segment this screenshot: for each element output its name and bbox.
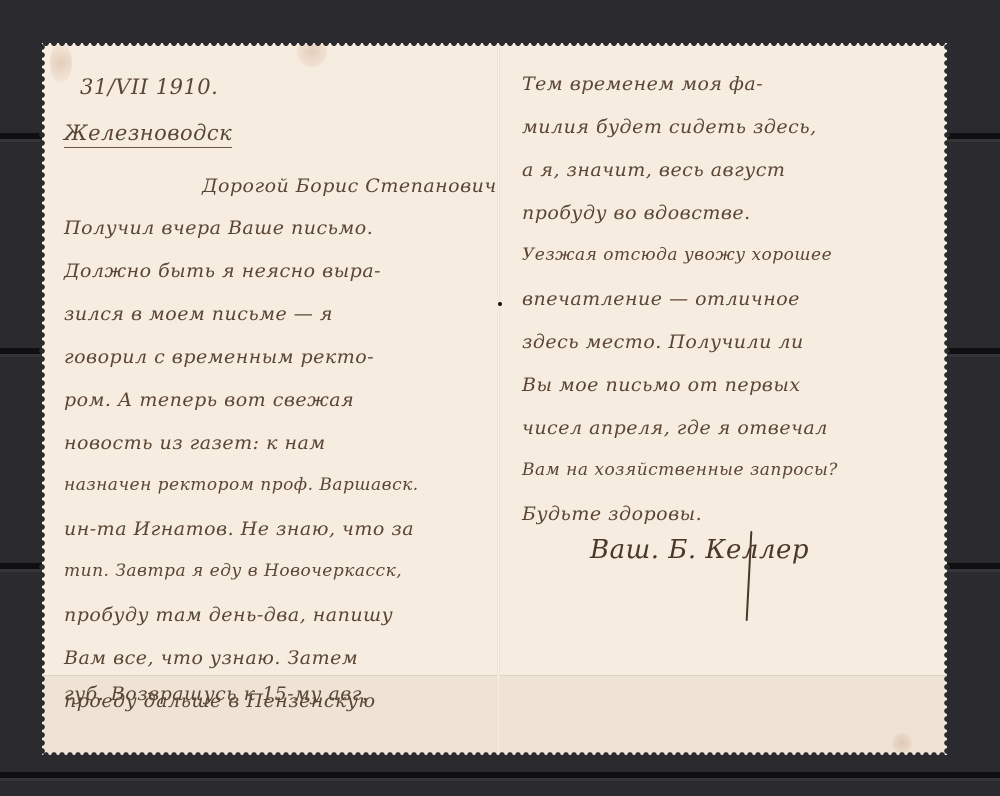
letter-line: пробуду там день-два, напишу xyxy=(64,604,393,626)
letter-line: чисел апреля, где я отвечал xyxy=(522,417,828,439)
letter-line: зился в моем письме — я xyxy=(64,303,333,325)
letter-line: ин-та Игнатов. Не знаю, что за xyxy=(64,518,414,540)
perforation-right xyxy=(944,43,950,755)
perforation-top xyxy=(42,40,947,46)
letter-line: Тем временем моя фа- xyxy=(522,73,763,95)
letter-line: здесь место. Получили ли xyxy=(522,331,804,353)
letter-date: 31/VII 1910. xyxy=(80,75,218,99)
letter-place: Железноводск xyxy=(64,121,232,148)
letter-line: ром. А теперь вот свежая xyxy=(64,389,354,411)
right-panel: Тем временем моя фа- милия будет сидеть … xyxy=(500,43,947,755)
stockbook-strip xyxy=(0,772,1000,778)
perforation-bottom xyxy=(42,752,947,758)
left-panel: 31/VII 1910. Железноводск Дорогой Борис … xyxy=(42,43,497,755)
letter-line: Вам на хозяйственные запросы? xyxy=(522,460,838,480)
letter-line: Вы мое письмо от первых xyxy=(522,374,801,396)
letter-line: пробуду во вдовстве. xyxy=(522,202,751,224)
letter-line: а я, значит, весь август xyxy=(522,159,785,181)
letter-line: Вам все, что узнаю. Затем xyxy=(64,647,358,669)
letter-line: Получил вчера Ваше письмо. xyxy=(64,217,373,239)
letter-line: впечатление — отличное xyxy=(522,288,800,310)
letter-line: губ. Возвращусь к 15-му авг. xyxy=(64,683,369,705)
letter-line: говорил с временным ректо- xyxy=(64,346,374,368)
signature: Ваш. Б. Келлер xyxy=(590,535,809,565)
letter-line: назначен ректором проф. Варшавск. xyxy=(64,475,419,495)
perforation-left xyxy=(39,43,45,755)
letter-greeting: Дорогой Борис Степанович xyxy=(202,175,497,197)
letter-line: Должно быть я неясно выра- xyxy=(64,260,381,282)
letter-card: 31/VII 1910. Железноводск Дорогой Борис … xyxy=(42,43,947,755)
letter-closing: Будьте здоровы. xyxy=(522,503,702,525)
letter-line: тип. Завтра я еду в Новочеркасск, xyxy=(64,561,402,581)
letter-line: Уезжая отсюда увожу хорошее xyxy=(522,245,832,265)
letter-line: новость из газет: к нам xyxy=(64,432,326,454)
letter-line: милия будет сидеть здесь, xyxy=(522,116,817,138)
